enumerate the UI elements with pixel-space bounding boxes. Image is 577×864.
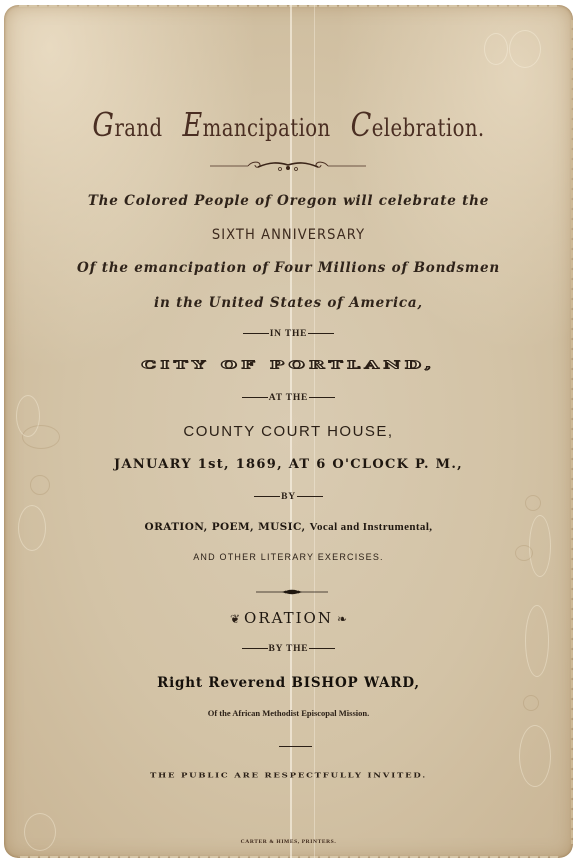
connector-at-the: AT THE [4,393,573,403]
title-word: elebration. [372,114,485,142]
swash-right-icon: ❧ [337,612,347,626]
divider-ornament-icon [256,588,328,596]
dash-rule [242,648,268,649]
program-other: AND OTHER LITERARY EXERCISES. [4,552,573,562]
oration-heading-text: ORATION [244,609,333,627]
dash-rule [309,648,335,649]
program-events-rest: Vocal and Instrumental, [310,521,433,533]
program-events: ORATION, POEM, MUSIC, Vocal and Instrume… [4,521,573,533]
connector-in-the: IN THE [4,329,573,339]
title-initial: E [183,105,203,144]
title-initial: C [351,105,372,144]
speaker-affiliation: Of the African Methodist Episcopal Missi… [4,708,573,718]
swash-left-icon: ❦ [230,612,240,626]
connector-text: IN THE [270,329,308,339]
anniversary-heading: SIXTH ANNIVERSARY [32,227,544,243]
announcement-line: Of the emancipation of Four Millions of … [4,260,573,276]
scroll-flourish-icon [208,159,368,173]
title-word: rand [114,114,162,142]
dash-rule [242,397,268,398]
dash-rule [254,496,280,497]
dash-rule [297,496,323,497]
announcement-line: in the United States of America, [4,295,573,311]
oration-heading: ❦ORATION❧ [4,609,573,627]
short-divider-rule [279,746,312,747]
connector-by: BY [4,492,573,502]
document-title: Grand Emancipation Celebration. [55,105,522,144]
title-initial: G [92,105,114,144]
speaker-name: Right Reverend BISHOP WARD, [4,675,573,691]
connector-text: AT THE [269,393,308,403]
connector-text: BY [281,492,296,502]
venue: COUNTY COURT HOUSE, [4,423,573,440]
announcement-line: The Colored People of Oregon will celebr… [4,193,573,209]
city-name: CITY OF PORTLAND, [4,358,573,372]
connector-text: BY THE [269,644,309,654]
document-body: Grand Emancipation Celebration. The Colo… [4,5,573,858]
dash-rule [309,397,335,398]
connector-by-the: BY THE [4,644,573,654]
broadside-sheet: Grand Emancipation Celebration. The Colo… [4,5,573,858]
printer-credit: CARTER & HIMES, PRINTERS. [4,839,573,845]
program-events-bold: ORATION, POEM, MUSIC, [145,521,306,533]
dash-rule [308,333,334,334]
title-word: mancipation [203,114,331,142]
dash-rule [243,333,269,334]
invitation-line: THE PUBLIC ARE RESPECTFULLY INVITED. [4,772,573,780]
event-datetime: JANUARY 1st, 1869, AT 6 O'CLOCK P. M., [4,457,573,472]
